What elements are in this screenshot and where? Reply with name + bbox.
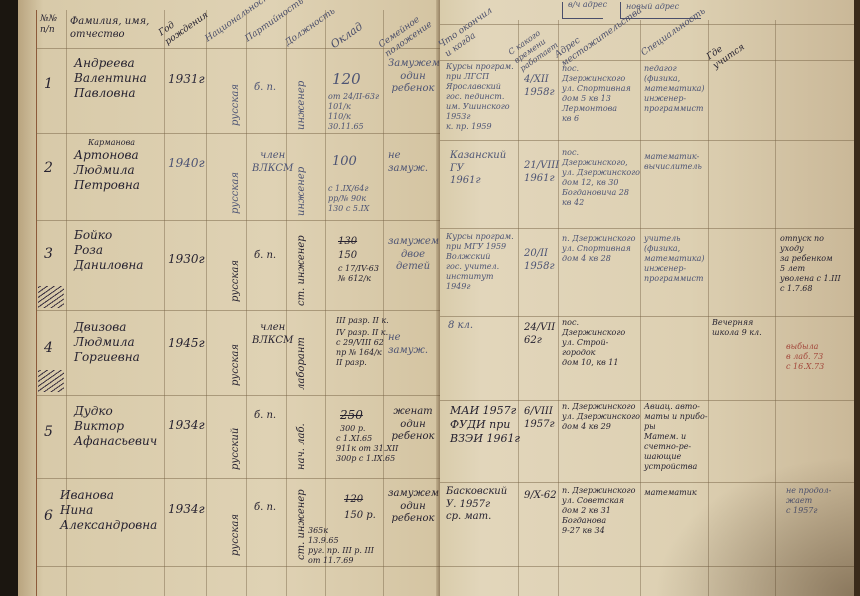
specialty: математик: [644, 488, 708, 498]
address: пос. Дзержинского, ул. Дзержинского дом …: [562, 148, 640, 208]
specialty: педагог (физика, математика) инженер- пр…: [644, 64, 708, 114]
grid-line: [440, 228, 854, 229]
birth-year: 1934г: [168, 418, 205, 433]
notes: не продол- жает с 1957г: [786, 486, 850, 516]
education: 8 кл.: [448, 320, 473, 333]
grid-line: [440, 60, 854, 61]
party: член ВЛКСМ: [252, 150, 293, 175]
birth-year: 1945г: [168, 336, 205, 351]
address: пос. Дзержинского ул. Строй-городок дом …: [562, 318, 640, 368]
position: инженер: [296, 167, 309, 216]
grid-line: [708, 20, 709, 596]
salary-old: 120: [344, 494, 363, 507]
position: инженер: [296, 81, 309, 130]
party: б. п.: [254, 82, 276, 95]
margin-line: [36, 10, 37, 596]
nationality: русская: [230, 172, 243, 214]
address: п. Дзержинского ул. Спортивная дом 4 кв …: [562, 234, 640, 264]
row-num: 1: [44, 76, 53, 94]
address: п. Дзержинского ул. Дзержинского дом 4 к…: [562, 402, 640, 432]
employee-name: Андреева Валентина Павловна: [74, 56, 164, 101]
address: п. Дзержинского ул. Советская дом 2 кв 3…: [562, 486, 640, 536]
party: б. п.: [254, 250, 276, 263]
header-position: Должность: [284, 11, 331, 49]
family-status: женат один ребенок: [388, 406, 438, 444]
top-note: в/ч адрес: [568, 0, 607, 10]
education: Курсы програм. при ЛГСП Ярославский гос.…: [446, 62, 518, 132]
party: член ВЛКСМ: [252, 322, 293, 347]
education: МАИ 1957г ФУДИ при ВЗЭИ 1961г: [450, 404, 520, 445]
grid-line: [36, 48, 440, 49]
salary: 150: [338, 250, 357, 263]
family-status: замужем один ребенок: [388, 488, 438, 526]
specialty: учитель (физика, математика) инженер- пр…: [644, 234, 708, 284]
grid-line: [36, 133, 440, 134]
notes: выбыла в лаб. 73 с 16.X.73: [786, 342, 850, 372]
education: Казанский ГУ 1961г: [450, 150, 516, 188]
grid-line: [36, 310, 440, 311]
salary: 150 р.: [344, 510, 376, 523]
grid-line: [558, 20, 559, 596]
salary-notes: от 24/II-63г 101/к 110/к 30.11.65: [328, 92, 379, 132]
salary: 300 р.: [340, 424, 365, 434]
row-num: 6: [44, 508, 53, 526]
header-salary: Оклад: [328, 18, 369, 52]
grid-line: [518, 20, 519, 596]
education: Курсы програм. при МГУ 1959 Волжский гос…: [446, 232, 518, 292]
notes: отпуск по уходу за ребенком 5 лет уволен…: [780, 234, 850, 294]
position: ст. инженер: [296, 489, 309, 560]
grid-line: [164, 10, 165, 596]
grid-line: [246, 10, 247, 596]
salary-notes: IV разр. II к. с 29/VIII 62 пр № 164/к I…: [336, 328, 388, 368]
row-num: 4: [44, 340, 53, 358]
grid-line: [640, 20, 641, 596]
header-family: Семейное положение: [377, 8, 439, 61]
name-correction: Карманова: [88, 138, 135, 148]
row-num: 5: [44, 424, 53, 442]
nationality: русский: [230, 428, 243, 470]
salary-notes: 365к 13.9.65 руг. пр. III р. III от 11.7…: [308, 526, 374, 566]
birth-year: 1930г: [168, 252, 205, 267]
grid-line: [206, 10, 207, 596]
nationality: русская: [230, 514, 243, 556]
grid-line: [36, 478, 440, 479]
grid-line: [440, 140, 854, 141]
hatch-mark: [38, 370, 64, 392]
employee-name: Бойко Роза Даниловна: [74, 228, 164, 273]
employed-since: 24/VII 62г: [524, 322, 555, 347]
address: пос. Дзержинского ул. Спортивная дом 5 к…: [562, 64, 640, 124]
grid-line: [36, 566, 440, 567]
ledger-book: №№ п/п Фамилия, имя, отчество Год рожден…: [18, 0, 854, 596]
family-status: Замужем один ребенок: [388, 58, 438, 96]
grid-line: [383, 10, 384, 596]
header-name: Фамилия, имя, отчество: [70, 16, 162, 41]
salary-notes: с 1.IX/64г pр/№ 90к 130 с 5.IX: [328, 184, 369, 214]
specialty: Авиац. авто- маты и прибо- ры Матем. и с…: [644, 402, 708, 472]
employed-since: 20/II 1958г: [524, 248, 555, 273]
header-birth-year: Год рождения: [157, 1, 211, 48]
grid-line: [440, 400, 854, 401]
family-status: замужем двое детей: [388, 236, 438, 274]
salary: 120: [332, 70, 361, 89]
studies: Вечерняя школа 9 кл.: [712, 318, 774, 338]
birth-year: 1934г: [168, 502, 205, 517]
party: б. п.: [254, 410, 276, 423]
hatch-mark: [38, 286, 64, 308]
specialty: математик- вычислитель: [644, 152, 708, 172]
employed-since: 6/VIII 1957г: [524, 406, 555, 431]
employed-since: 4/XII 1958г: [524, 74, 555, 99]
employee-name: Иванова Нина Александровна: [60, 488, 164, 533]
birth-year: 1931г: [168, 72, 205, 87]
row-num: 3: [44, 246, 53, 264]
grid-line: [440, 316, 854, 317]
right-page: в/ч адрес новый адрес Что окончил и когд…: [440, 0, 854, 596]
party: б. п.: [254, 502, 276, 515]
header-studies: Где учится: [705, 25, 759, 72]
row-num: 2: [44, 160, 53, 178]
grid-line: [440, 566, 854, 567]
grid-line: [36, 395, 440, 396]
employed-since: 9/X-62: [524, 490, 557, 503]
position: ст. инженер: [296, 235, 309, 306]
salary: 100: [332, 154, 357, 170]
grid-line: [775, 20, 776, 596]
grid-line: [286, 10, 287, 596]
salary: III разр. II к.: [336, 316, 389, 326]
header-num: №№ п/п: [40, 14, 64, 37]
family-status: не замуж.: [388, 150, 440, 175]
grid-line: [325, 10, 326, 596]
position: нач. лаб.: [296, 423, 309, 470]
grid-line: [440, 482, 854, 483]
grid-line: [36, 220, 440, 221]
left-page: №№ п/п Фамилия, имя, отчество Год рожден…: [18, 0, 441, 596]
header-specialty: Специальность: [640, 16, 696, 60]
nationality: русская: [230, 344, 243, 386]
employee-name: Артонова Людмила Петровна: [74, 148, 164, 193]
nationality: русская: [230, 84, 243, 126]
birth-year: 1940г: [168, 156, 205, 171]
employee-name: Двизова Людмила Горгиевна: [74, 320, 164, 365]
header-education: Что окончил и когда: [437, 2, 507, 61]
salary-old: 130: [338, 236, 357, 249]
salary-old: 250: [340, 408, 363, 423]
employed-since: 21/VIII 1961г: [524, 160, 559, 185]
nationality: русская: [230, 260, 243, 302]
book-cover-edge: [854, 0, 860, 596]
education: Басковский У. 1957г ср. мат.: [446, 486, 518, 524]
salary-notes: с 17/IV-63 № 612/к: [338, 264, 379, 284]
employee-name: Дудко Виктор Афанасьевич: [74, 404, 164, 449]
family-status: не замуж.: [388, 332, 440, 357]
grid-line: [440, 24, 854, 25]
position: лаборант: [296, 337, 309, 390]
